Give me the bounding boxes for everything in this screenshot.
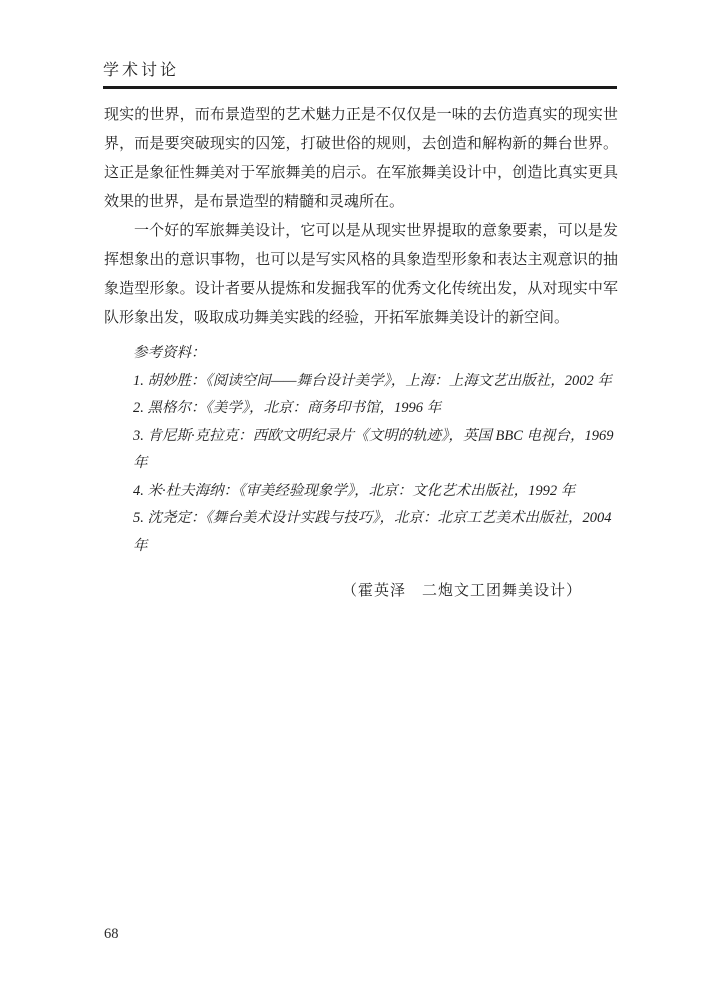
article-body: 现实的世界，而布景造型的艺术魅力正是不仅仅是一味的去仿造真实的现实世界，而是要突… (104, 101, 618, 606)
document-page: 学术讨论 现实的世界，而布景造型的艺术魅力正是不仅仅是一味的去仿造真实的现实世界… (0, 0, 722, 1005)
references-heading: 参考资料： (133, 340, 618, 368)
author-attribution: （霍英泽 二炮文工团舞美设计） (104, 577, 618, 606)
references-list: 1. 胡妙胜：《阅读空间——舞台设计美学》，上海：上海文艺出版社，2002 年 … (133, 368, 618, 561)
reference-item: 5. 沈尧定：《舞台美术设计实践与技巧》，北京：北京工艺美术出版社，2004 年 (133, 505, 618, 560)
reference-item: 3. 肯尼斯·克拉克：西欧文明纪录片《文明的轨迹》，英国 BBC 电视台，196… (133, 423, 618, 478)
reference-item: 1. 胡妙胜：《阅读空间——舞台设计美学》，上海：上海文艺出版社，2002 年 (133, 368, 618, 396)
section-header-label: 学术讨论 (103, 57, 179, 80)
page-number: 68 (104, 926, 119, 943)
reference-item: 2. 黑格尔：《美学》，北京：商务印书馆，1996 年 (133, 395, 618, 423)
header-rule (103, 86, 617, 89)
body-paragraph: 现实的世界，而布景造型的艺术魅力正是不仅仅是一味的去仿造真实的现实世界，而是要突… (104, 101, 618, 217)
references-section: 参考资料： 1. 胡妙胜：《阅读空间——舞台设计美学》，上海：上海文艺出版社，2… (104, 340, 618, 560)
body-paragraph: 一个好的军旅舞美设计，它可以是从现实世界提取的意象要素，可以是发挥想象出的意识事… (104, 217, 618, 333)
reference-item: 4. 米·杜夫海纳：《审美经验现象学》，北京：文化艺术出版社，1992 年 (133, 478, 618, 506)
